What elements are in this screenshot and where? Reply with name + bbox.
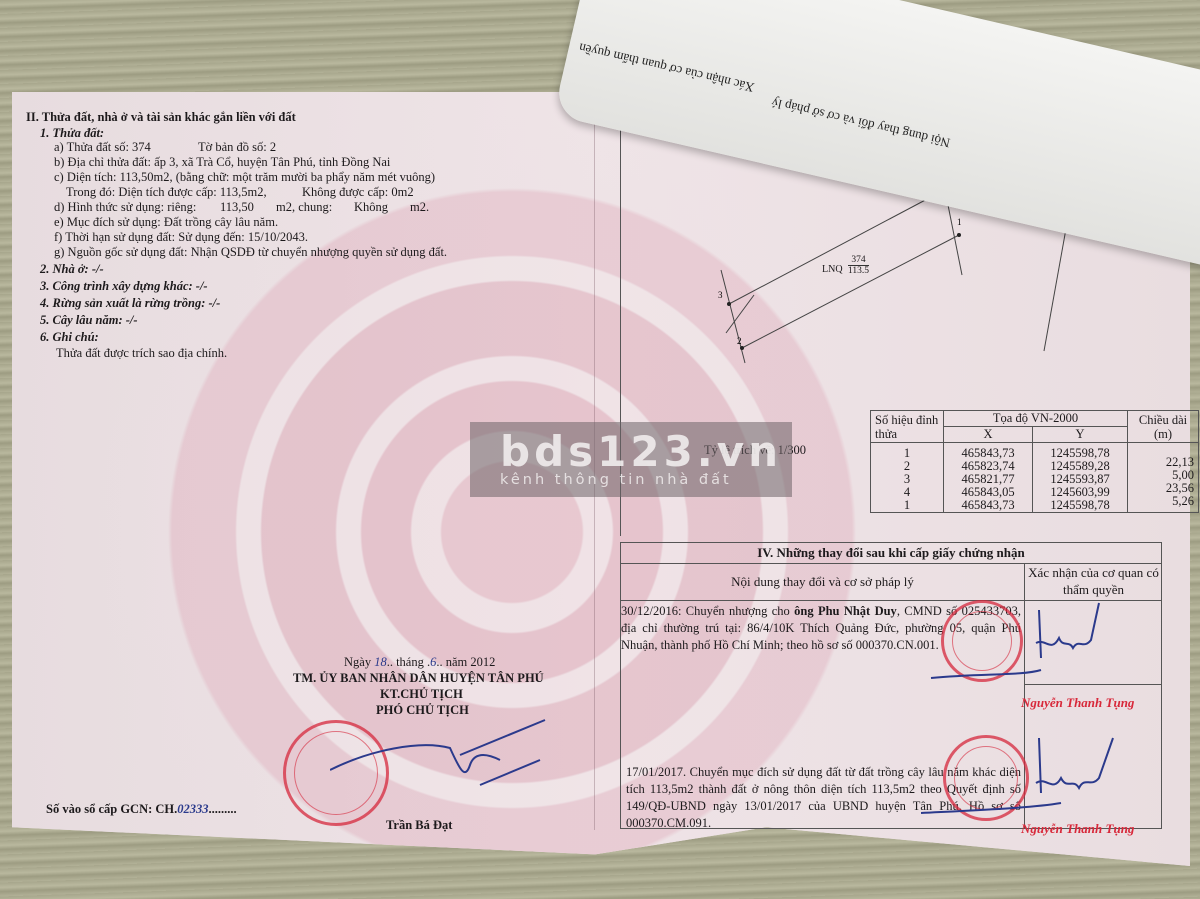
- item-house: 2. Nhà ở: -/-: [40, 262, 104, 277]
- signature-scribble: [330, 710, 550, 800]
- entry-1-text: 30/12/2016: Chuyển nhượng cho: [621, 604, 794, 618]
- header-point: Số hiệu đỉnh thửa: [871, 411, 944, 443]
- point-label-2: 2: [737, 336, 742, 346]
- header-x: X: [944, 427, 1033, 443]
- issue-day: 18: [374, 655, 387, 669]
- col-y: 1245598,781245589,281245593,871245603,99…: [1033, 443, 1128, 513]
- cert-number: 02333: [177, 802, 208, 816]
- usage-form-label: d) Hình thức sử dụng: riêng:: [54, 200, 196, 215]
- point-label-1: 1: [957, 217, 962, 227]
- col-x: 465843,73465823,74465821,77465843,054658…: [944, 443, 1033, 513]
- col-points: 12341: [871, 443, 944, 513]
- not-granted-area: Không được cấp: 0m2: [302, 185, 414, 200]
- parcel-address: b) Địa chỉ thửa đất: ấp 3, xã Trà Cổ, hu…: [54, 155, 390, 170]
- coord-cell: 1: [875, 499, 939, 512]
- header-y: Y: [1033, 427, 1128, 443]
- header-confirmation: Xác nhận của cơ quan có thẩm quyền: [1025, 564, 1162, 601]
- coord-cell: 5,26: [1132, 495, 1194, 508]
- usage-shared: Không: [354, 200, 388, 215]
- header-change-content: Nội dung thay đổi và cơ sở pháp lý: [621, 564, 1024, 601]
- usage-purpose: e) Mục đích sử dụng: Đất trồng cây lâu n…: [54, 215, 278, 230]
- usage-unit-1: m2, chung:: [276, 200, 332, 215]
- point-label-3: 3: [718, 290, 723, 300]
- header-length: Chiều dài (m): [1128, 411, 1199, 443]
- parcel-area: c) Diện tích: 113,50m2, (bằng chữ: một t…: [54, 170, 435, 185]
- issue-month: 6: [430, 655, 436, 669]
- granted-area: Trong đó: Diện tích được cấp: 113,5m2,: [66, 185, 267, 200]
- land-type-code: LNQ: [822, 264, 843, 275]
- entry-1-transferee: ông Phu Nhật Duy: [794, 604, 897, 618]
- item-planted-forest: 4. Rừng sản xuất là rừng trồng: -/-: [40, 296, 220, 311]
- month-label: tháng: [396, 655, 424, 669]
- section-2-title: II. Thửa đất, nhà ở và tài sản khác gắn …: [26, 110, 296, 125]
- section-4-title: IV. Những thay đổi sau khi cấp giấy chứn…: [621, 543, 1161, 564]
- parcel-label: LNQ: [822, 262, 843, 277]
- confirmation-signer-1: Nguyễn Thanh Tụng: [1021, 695, 1134, 711]
- usage-term: f) Thời hạn sử dụng đất: Sử dụng đến: 15…: [54, 230, 308, 245]
- confirmation-signer-2: Nguyễn Thanh Tụng: [1021, 821, 1134, 837]
- issue-date: Ngày 18.. tháng .6.. năm 2012: [344, 655, 495, 670]
- parcel-fraction: 374 113.5: [848, 255, 869, 276]
- confirmation-signatures: [921, 598, 1161, 828]
- issuing-org: TM. ỦY BAN NHÂN DÂN HUYỆN TÂN PHÚ: [293, 671, 544, 686]
- parcel-fraction-area: 113.5: [848, 266, 869, 276]
- usage-unit-2: m2.: [410, 200, 429, 215]
- header-coords: Tọa độ VN-2000: [944, 411, 1128, 427]
- land-origin: g) Nguồn gốc sử dụng đất: Nhận QSDĐ từ c…: [54, 245, 447, 260]
- parcel-number: a) Thửa đất số: 374: [54, 140, 151, 155]
- land-heading: 1. Thửa đất:: [40, 126, 104, 141]
- date-prefix: Ngày: [344, 655, 371, 669]
- item-perennial-trees: 5. Cây lâu năm: -/-: [40, 313, 138, 328]
- section-4-changes: IV. Những thay đổi sau khi cấp giấy chứn…: [620, 542, 1162, 829]
- coordinates-table: Số hiệu đỉnh thửa Tọa độ VN-2000 Chiều d…: [870, 410, 1199, 513]
- signer-role-1: KT.CHỦ TỊCH: [380, 687, 463, 702]
- watermark-banner: bds123.vn kênh thông tin nhà đất: [470, 422, 792, 497]
- usage-private: 113,50: [220, 200, 254, 215]
- overlay-text-confirm: Xác nhận của cơ quan thẩm quyền: [577, 39, 755, 95]
- item-other-construction: 3. Công trình xây dựng khác: -/-: [40, 279, 208, 294]
- issue-year: năm 2012: [446, 655, 496, 669]
- col-lengths: 22,135,0023,565,26: [1128, 443, 1199, 513]
- coord-cell: 465843,73: [948, 499, 1028, 512]
- parcel-fraction-number: 374: [848, 255, 869, 266]
- cert-registry: Số vào sổ cấp GCN: CH.02333.........: [46, 802, 237, 817]
- watermark-tagline: kênh thông tin nhà đất: [500, 472, 732, 488]
- signer-name: Trần Bá Đạt: [386, 818, 452, 833]
- item-notes: 6. Ghi chú:: [40, 330, 99, 345]
- watermark-brand: bds123.vn: [500, 427, 782, 476]
- overlay-text-content: Nội dung thay đổi và cơ sở pháp lý: [770, 94, 952, 151]
- note-text: Thửa đất được trích sao địa chính.: [56, 346, 227, 361]
- map-sheet-number: Tờ bản đồ số: 2: [198, 140, 276, 155]
- coord-cell: 1245598,78: [1037, 499, 1123, 512]
- cert-label: Số vào sổ cấp GCN: CH.: [46, 802, 177, 816]
